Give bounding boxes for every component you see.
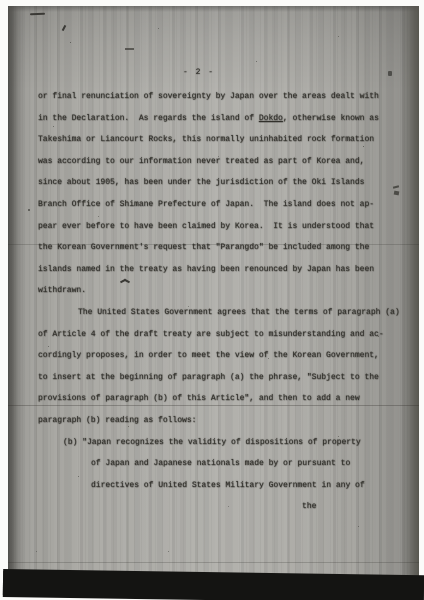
text-line: to insert at the beginning of paragraph … <box>38 367 408 389</box>
stray-dot <box>28 209 30 211</box>
stray-pen-dash <box>30 13 45 16</box>
text-line: Branch Office of Shimane Prefecture of J… <box>38 194 408 216</box>
text-line: of Japan and Japanese nationals made by … <box>91 453 408 475</box>
text-line: pear ever before to have been claimed by… <box>38 216 408 238</box>
text-line: cordingly proposes, in order to meet the… <box>38 345 408 367</box>
text-line-subparagraph-b: (b) "Japan recognizes the validity of di… <box>63 432 408 454</box>
photo-black-bottom-band <box>3 569 424 600</box>
stray-mark <box>62 25 67 31</box>
scanned-page-photo: - 2 - or final renunciation of sovereign… <box>8 6 419 591</box>
scan-artifact-line <box>8 405 419 406</box>
text-line-paragraph-indent: The United States Government agrees that… <box>78 302 408 324</box>
page-number: - 2 - <box>183 68 215 77</box>
caret-mark <box>120 278 130 284</box>
scan-artifact-line <box>8 562 419 563</box>
scan-artifact-line <box>8 244 419 245</box>
text-line: since about 1905, has been under the jur… <box>38 172 408 194</box>
stray-scribble <box>394 191 400 196</box>
stray-speck <box>388 71 392 76</box>
typed-text-block: or final renunciation of sovereignty by … <box>38 86 408 518</box>
text-line: in the Declaration. As regards the islan… <box>38 108 408 130</box>
text-line: of Article 4 of the draft treaty are sub… <box>38 324 408 346</box>
text-line: islands named in the treaty as having be… <box>38 259 408 281</box>
underlined-word-dokdo: Dokdo <box>259 114 283 123</box>
text-line: or final renunciation of sovereignty by … <box>38 86 408 108</box>
photo-grain-specks <box>8 6 9 7</box>
text-line: Takeshima or Liancourt Rocks, this norma… <box>38 129 408 151</box>
text-line: paragraph (b) reading as follows: <box>38 410 408 432</box>
text-line: the Korean Government's request that "Pa… <box>38 237 408 259</box>
text-line: provisions of paragraph (b) of this Arti… <box>38 388 408 410</box>
text-line: directives of United States Military Gov… <box>91 475 408 497</box>
photo-left-edge-shadow <box>8 6 22 591</box>
stray-dash <box>125 48 134 50</box>
text-line: was according to our information never t… <box>38 151 408 173</box>
photo-top-edge-shadow <box>8 6 419 12</box>
text-line-catchword: the <box>302 496 408 518</box>
text-line: withdrawn. <box>38 280 408 302</box>
